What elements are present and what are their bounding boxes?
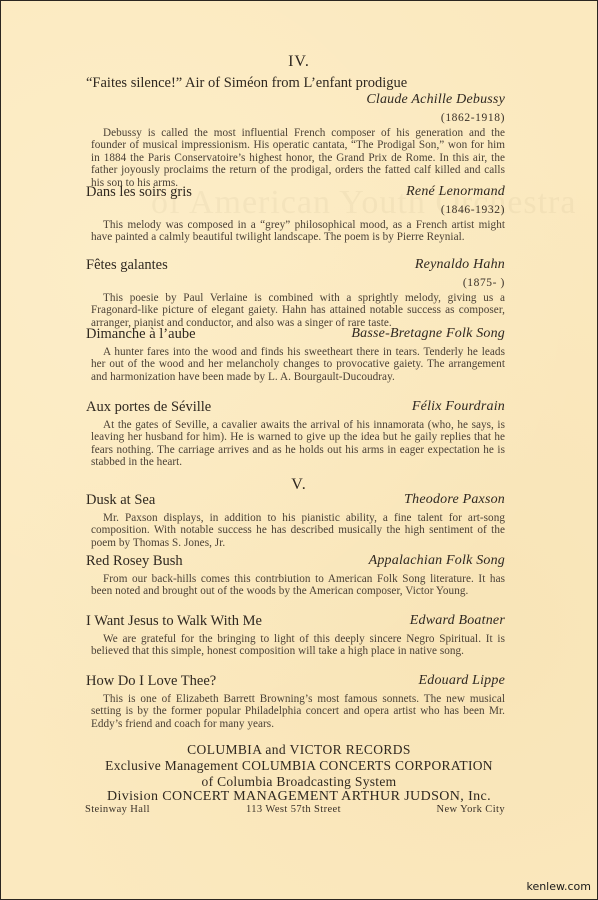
song-title: I Want Jesus to Walk With Me (86, 613, 262, 630)
program-page: of American Youth Orchestra IV. “Faites … (1, 1, 597, 899)
footer-records-line: COLUMBIA and VICTOR RECORDS (1, 742, 597, 758)
address-city: New York City (436, 804, 505, 815)
section-number-iv: IV. (1, 53, 597, 71)
footer-broadcasting-line: of Columbia Broadcasting System (1, 774, 597, 790)
song-description: At the gates of Seville, a cavalier awai… (91, 419, 505, 469)
footer-division-line: Division CONCERT MANAGEMENT ARTHUR JUDSO… (1, 789, 597, 805)
composer-dates: (1846-1932) (86, 203, 505, 217)
composer-name: Edouard Lippe (419, 673, 505, 689)
program-item: “Faites silence!” Air of Siméon from L’e… (86, 75, 505, 189)
song-title: Dimanche à l’aube (86, 326, 196, 343)
composer-dates: (1875- ) (86, 276, 505, 290)
composer-name: Reynaldo Hahn (415, 257, 505, 273)
song-description: From our back-hills comes this contrbiut… (91, 573, 505, 598)
program-item: How Do I Love Thee? Edouard Lippe This i… (86, 673, 505, 730)
address-venue: Steinway Hall (85, 804, 150, 815)
program-item: Dimanche à l’aube Basse-Bretagne Folk So… (86, 326, 505, 383)
song-title: “Faites silence!” Air of Siméon from L’e… (86, 75, 407, 92)
composer-name: René Lenormand (406, 184, 505, 200)
song-title: How Do I Love Thee? (86, 673, 216, 690)
program-item: I Want Jesus to Walk With Me Edward Boat… (86, 613, 505, 658)
song-description: A hunter fares into the wood and finds h… (91, 346, 505, 383)
program-item: Red Rosey Bush Appalachian Folk Song Fro… (86, 553, 505, 598)
song-description: This melody was composed in a “grey” phi… (91, 219, 505, 244)
song-description: Mr. Paxson displays, in addition to his … (91, 512, 505, 549)
song-title: Aux portes de Séville (86, 399, 211, 416)
song-description: Debussy is called the most influential F… (91, 127, 505, 189)
composer-name: Félix Fourdrain (412, 399, 505, 415)
watermark: kenlew.com (526, 880, 591, 893)
song-title: Dusk at Sea (86, 492, 155, 509)
program-item: Dusk at Sea Theodore Paxson Mr. Paxson d… (86, 492, 505, 549)
program-item: Dans les soirs gris René Lenormand (1846… (86, 184, 505, 244)
composer-dates: (1862-1918) (86, 111, 505, 125)
composer-name: Edward Boatner (410, 613, 505, 629)
song-title: Red Rosey Bush (86, 553, 183, 570)
program-item: Aux portes de Séville Félix Fourdrain At… (86, 399, 505, 469)
composer-name: Claude Achille Debussy (366, 92, 505, 108)
address-street: 113 West 57th Street (246, 804, 341, 815)
composer-name: Basse-Bretagne Folk Song (351, 326, 505, 342)
composer-name: Appalachian Folk Song (369, 553, 505, 569)
program-item: Fêtes galantes Reynaldo Hahn (1875- ) Th… (86, 257, 505, 329)
footer-management-line: Exclusive Management COLUMBIA CONCERTS C… (1, 758, 597, 774)
composer-name: Theodore Paxson (404, 492, 505, 508)
song-description: This poesie by Paul Verlaine is combined… (91, 292, 505, 329)
song-title: Dans les soirs gris (86, 184, 192, 201)
song-title: Fêtes galantes (86, 257, 168, 274)
song-description: This is one of Elizabeth Barrett Brownin… (91, 693, 505, 730)
song-description: We are grateful for the bringing to ligh… (91, 633, 505, 658)
